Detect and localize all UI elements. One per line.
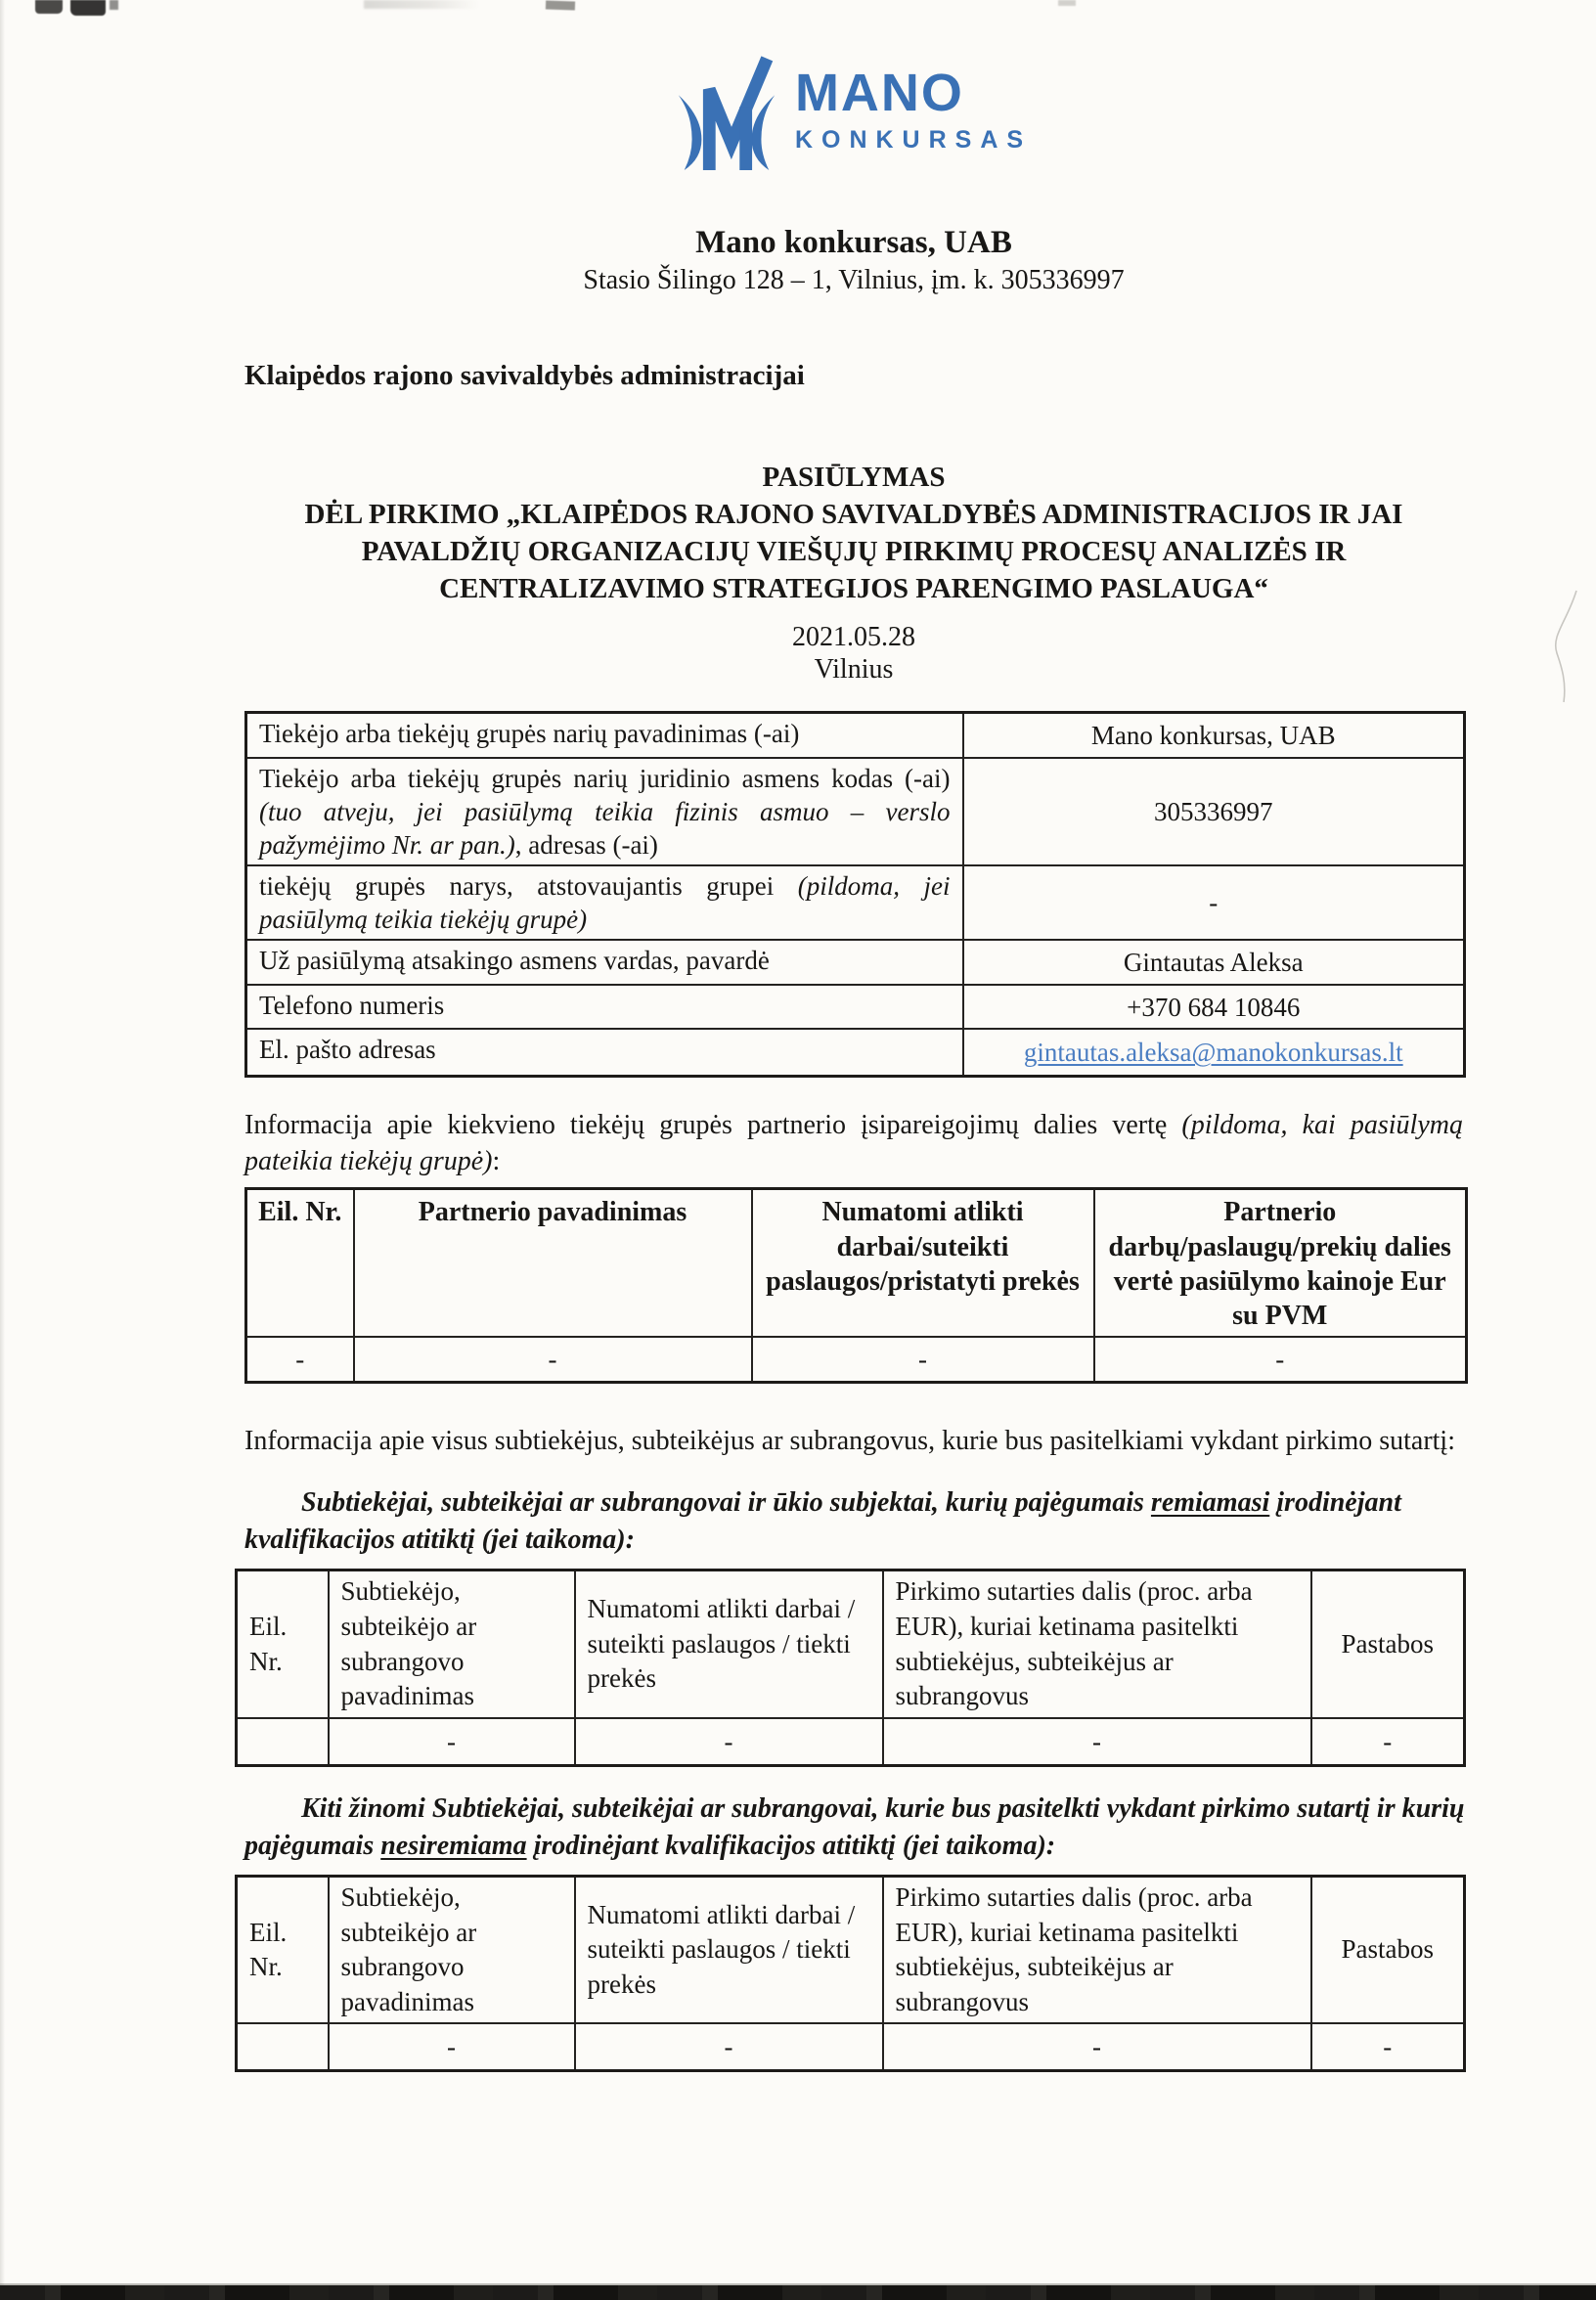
column-header: Pastabos bbox=[1311, 1570, 1465, 1718]
proposal-city: Vilnius bbox=[244, 653, 1463, 686]
cell-value bbox=[237, 1718, 329, 1766]
cell-value: - bbox=[246, 1337, 354, 1383]
scan-edge-shadow bbox=[0, 0, 5, 2300]
column-header: Partnerio pavadinimas bbox=[354, 1189, 752, 1338]
cell-value: - bbox=[883, 2023, 1311, 2071]
subcontractors-relied-table: Eil. Nr. Subtiekėjo, subteikėjo ar subra… bbox=[235, 1569, 1466, 1767]
table-row: - - - - bbox=[237, 2023, 1465, 2071]
scanned-document-page: MANO KONKURSAS Mano konkursas, UAB Stasi… bbox=[0, 0, 1596, 2300]
column-header: Numatomi atlikti darbai/suteikti paslaug… bbox=[752, 1189, 1094, 1338]
column-header: Eil. Nr. bbox=[237, 1570, 329, 1718]
table-header-row: Eil. Nr. Subtiekėjo, subteikėjo ar subra… bbox=[237, 1570, 1465, 1718]
row-label: Tiekėjo arba tiekėjų grupės narių juridi… bbox=[246, 758, 963, 865]
partners-table: Eil. Nr. Partnerio pavadinimas Numatomi … bbox=[244, 1187, 1468, 1384]
row-value: - bbox=[963, 865, 1465, 940]
row-value: 305336997 bbox=[963, 758, 1465, 865]
company-logo: MANO KONKURSAS bbox=[244, 51, 1463, 170]
subheading-relied: Subtiekėjai, subteikėjai ar subrangovai … bbox=[244, 1484, 1463, 1559]
column-header: Partnerio darbų/paslaugų/prekių dalies v… bbox=[1094, 1189, 1467, 1338]
company-address: Stasio Šilingo 128 – 1, Vilnius, įm. k. … bbox=[244, 263, 1463, 297]
subheading-not-relied: Kiti žinomi Subtiekėjai, subteikėjai ar … bbox=[244, 1791, 1463, 1865]
scan-smudge bbox=[70, 0, 106, 16]
row-label: El. pašto adresas bbox=[246, 1029, 963, 1077]
cell-value: - bbox=[883, 1718, 1311, 1766]
table-header-row: Eil. Nr. Subtiekėjo, subteikėjo ar subra… bbox=[237, 1876, 1465, 2023]
row-label: Tiekėjo arba tiekėjų grupės narių pavadi… bbox=[246, 713, 963, 759]
partners-intro: Informacija apie kiekvieno tiekėjų grupė… bbox=[244, 1107, 1463, 1179]
column-header: Numatomi atlikti darbai / suteikti pasla… bbox=[575, 1876, 883, 2023]
subcontractors-other-table: Eil. Nr. Subtiekėjo, subteikėjo ar subra… bbox=[235, 1875, 1466, 2073]
row-label: tiekėjų grupės narys, atstovaujantis gru… bbox=[246, 865, 963, 940]
column-header: Pirkimo sutarties dalis (proc. arba EUR)… bbox=[883, 1876, 1311, 2023]
proposal-date: 2021.05.28 bbox=[244, 621, 1463, 653]
row-label: Už pasiūlymą atsakingo asmens vardas, pa… bbox=[246, 940, 963, 985]
table-row: Telefono numeris +370 684 10846 bbox=[246, 985, 1465, 1029]
cell-value: - bbox=[752, 1337, 1094, 1383]
table-row: El. pašto adresas gintautas.aleksa@manok… bbox=[246, 1029, 1465, 1077]
cell-value: - bbox=[329, 1718, 575, 1766]
row-value: Mano konkursas, UAB bbox=[963, 713, 1465, 759]
scan-smudge bbox=[35, 0, 63, 14]
column-header: Subtiekėjo, subteikėjo ar subrangovo pav… bbox=[329, 1876, 575, 2023]
email-link[interactable]: gintautas.aleksa@manokonkursas.lt bbox=[1024, 1038, 1403, 1067]
row-value: Gintautas Aleksa bbox=[963, 940, 1465, 985]
cell-value: - bbox=[575, 2023, 883, 2071]
proposal-title-line: DĖL PIRKIMO „KLAIPĖDOS RAJONO SAVIVALDYB… bbox=[244, 496, 1463, 533]
brand-subname: KONKURSAS bbox=[795, 126, 1032, 155]
column-header: Eil. Nr. bbox=[237, 1876, 329, 2023]
cell-value: - bbox=[1311, 1718, 1465, 1766]
company-name: Mano konkursas, UAB bbox=[244, 223, 1463, 263]
row-value: +370 684 10846 bbox=[963, 985, 1465, 1029]
cell-value: - bbox=[1311, 2023, 1465, 2071]
row-label: Telefono numeris bbox=[246, 985, 963, 1029]
supplier-info-table: Tiekėjo arba tiekėjų grupės narių pavadi… bbox=[244, 711, 1466, 1078]
brand-name: MANO bbox=[795, 66, 964, 119]
scan-scratch bbox=[1543, 585, 1586, 708]
cell-value: - bbox=[354, 1337, 752, 1383]
column-header: Pastabos bbox=[1311, 1876, 1465, 2023]
cell-value: - bbox=[575, 1718, 883, 1766]
cell-value: - bbox=[329, 2023, 575, 2071]
row-value: gintautas.aleksa@manokonkursas.lt bbox=[963, 1029, 1465, 1077]
proposal-heading: PASIŪLYMAS bbox=[244, 459, 1463, 496]
table-row: Tiekėjo arba tiekėjų grupės narių juridi… bbox=[246, 758, 1465, 865]
scan-smudge bbox=[110, 0, 118, 10]
table-header-row: Eil. Nr. Partnerio pavadinimas Numatomi … bbox=[246, 1189, 1467, 1338]
scan-bottom-band bbox=[0, 2285, 1596, 2300]
cell-value bbox=[237, 2023, 329, 2071]
cell-value: - bbox=[1094, 1337, 1467, 1383]
column-header: Pirkimo sutarties dalis (proc. arba EUR)… bbox=[883, 1570, 1311, 1718]
proposal-title-line: CENTRALIZAVIMO STRATEGIJOS PARENGIMO PAS… bbox=[244, 570, 1463, 607]
table-row: Tiekėjo arba tiekėjų grupės narių pavadi… bbox=[246, 713, 1465, 759]
table-row: Už pasiūlymą atsakingo asmens vardas, pa… bbox=[246, 940, 1465, 985]
table-row: tiekėjų grupės narys, atstovaujantis gru… bbox=[246, 865, 1465, 940]
proposal-title-line: PAVALDŽIŲ ORGANIZACIJŲ VIEŠŲJŲ PIRKIMŲ P… bbox=[244, 533, 1463, 570]
table-row: - - - - bbox=[237, 1718, 1465, 1766]
column-header: Eil. Nr. bbox=[246, 1189, 354, 1338]
table-row: - - - - bbox=[246, 1337, 1467, 1383]
addressee: Klaipėdos rajono savivaldybės administra… bbox=[244, 360, 1463, 392]
mano-checkmark-m-icon bbox=[676, 51, 777, 170]
column-header: Numatomi atlikti darbai / suteikti pasla… bbox=[575, 1570, 883, 1718]
column-header: Subtiekėjo, subteikėjo ar subrangovo pav… bbox=[329, 1570, 575, 1718]
subcontractors-intro: Informacija apie visus subtiekėjus, subt… bbox=[244, 1423, 1463, 1459]
